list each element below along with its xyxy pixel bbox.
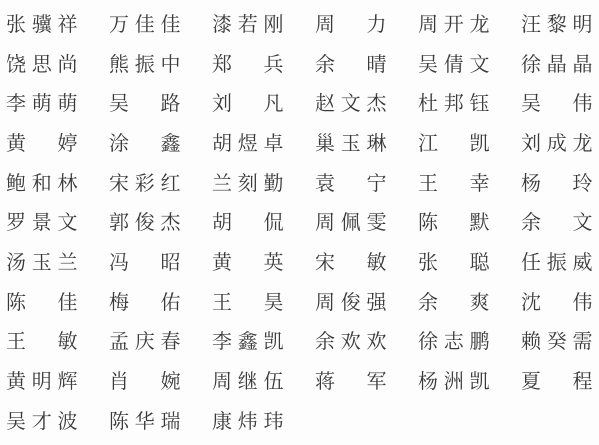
name-cell: 袁宁 (315, 174, 387, 194)
name-cell: 饶思尚 (6, 55, 78, 75)
name-cell: 胡侃 (212, 213, 284, 233)
name-cell: 吴路 (109, 94, 181, 114)
name-grid: 张骥祥 万佳佳 漆若刚 周力 周开龙 汪黎明 饶思尚 熊振中 郑兵 余晴 吴倩文… (6, 5, 599, 442)
name-cell: 熊振中 (109, 55, 181, 75)
name-cell: 汪黎明 (521, 15, 593, 35)
name-cell: 刘凡 (212, 94, 284, 114)
name-cell: 吴才波 (6, 412, 78, 432)
name-cell: 杨洲凯 (418, 372, 490, 392)
name-cell: 赵文杰 (315, 94, 387, 114)
name-cell: 郑兵 (212, 55, 284, 75)
name-cell: 陈默 (418, 213, 490, 233)
name-cell: 李萌萌 (6, 94, 78, 114)
name-cell: 余文 (521, 213, 593, 233)
name-cell: 黄婷 (6, 134, 78, 154)
name-cell: 黄明辉 (6, 372, 78, 392)
name-cell: 杜邦钰 (418, 94, 490, 114)
name-cell: 沈伟 (521, 293, 593, 313)
name-cell: 张骥祥 (6, 15, 78, 35)
name-cell: 任振威 (521, 253, 593, 273)
name-cell: 王敏 (6, 332, 78, 352)
name-cell: 巢玉琳 (315, 134, 387, 154)
name-cell: 周开龙 (418, 15, 490, 35)
name-cell: 蒋军 (315, 372, 387, 392)
name-cell: 周继伍 (212, 372, 284, 392)
name-cell: 余爽 (418, 293, 490, 313)
name-cell: 罗景文 (6, 213, 78, 233)
name-cell: 刘成龙 (521, 134, 593, 154)
name-cell: 冯昭 (109, 253, 181, 273)
name-cell: 胡煜卓 (212, 134, 284, 154)
name-cell: 余晴 (315, 55, 387, 75)
name-cell: 徐晶晶 (521, 55, 593, 75)
name-cell: 涂鑫 (109, 134, 181, 154)
name-cell: 黄英 (212, 253, 284, 273)
name-cell: 李鑫凯 (212, 332, 284, 352)
name-cell: 漆若刚 (212, 15, 284, 35)
name-cell: 吴伟 (521, 94, 593, 114)
name-cell: 赖癸需 (521, 332, 593, 352)
name-cell: 鲍和林 (6, 174, 78, 194)
name-cell: 张聪 (418, 253, 490, 273)
name-cell: 郭俊杰 (109, 213, 181, 233)
name-cell: 陈华瑞 (109, 412, 181, 432)
name-cell: 周力 (315, 15, 387, 35)
name-cell: 余欢欢 (315, 332, 387, 352)
name-cell: 周俊强 (315, 293, 387, 313)
name-cell: 江凯 (418, 134, 490, 154)
name-cell: 梅佑 (109, 293, 181, 313)
name-cell: 王幸 (418, 174, 490, 194)
name-cell: 康炜玮 (212, 412, 284, 432)
name-list-page: 张骥祥 万佳佳 漆若刚 周力 周开龙 汪黎明 饶思尚 熊振中 郑兵 余晴 吴倩文… (0, 0, 599, 445)
name-cell: 汤玉兰 (6, 253, 78, 273)
name-cell: 万佳佳 (109, 15, 181, 35)
name-cell: 兰刻勤 (212, 174, 284, 194)
name-cell: 王昊 (212, 293, 284, 313)
name-cell: 肖婉 (109, 372, 181, 392)
name-cell: 夏程 (521, 372, 593, 392)
name-cell: 杨玲 (521, 174, 593, 194)
name-cell: 宋彩红 (109, 174, 181, 194)
name-cell: 周佩雯 (315, 213, 387, 233)
name-cell: 孟庆春 (109, 332, 181, 352)
name-cell: 陈佳 (6, 293, 78, 313)
name-cell: 徐志鹏 (418, 332, 490, 352)
name-cell: 宋敏 (315, 253, 387, 273)
name-cell: 吴倩文 (418, 55, 490, 75)
